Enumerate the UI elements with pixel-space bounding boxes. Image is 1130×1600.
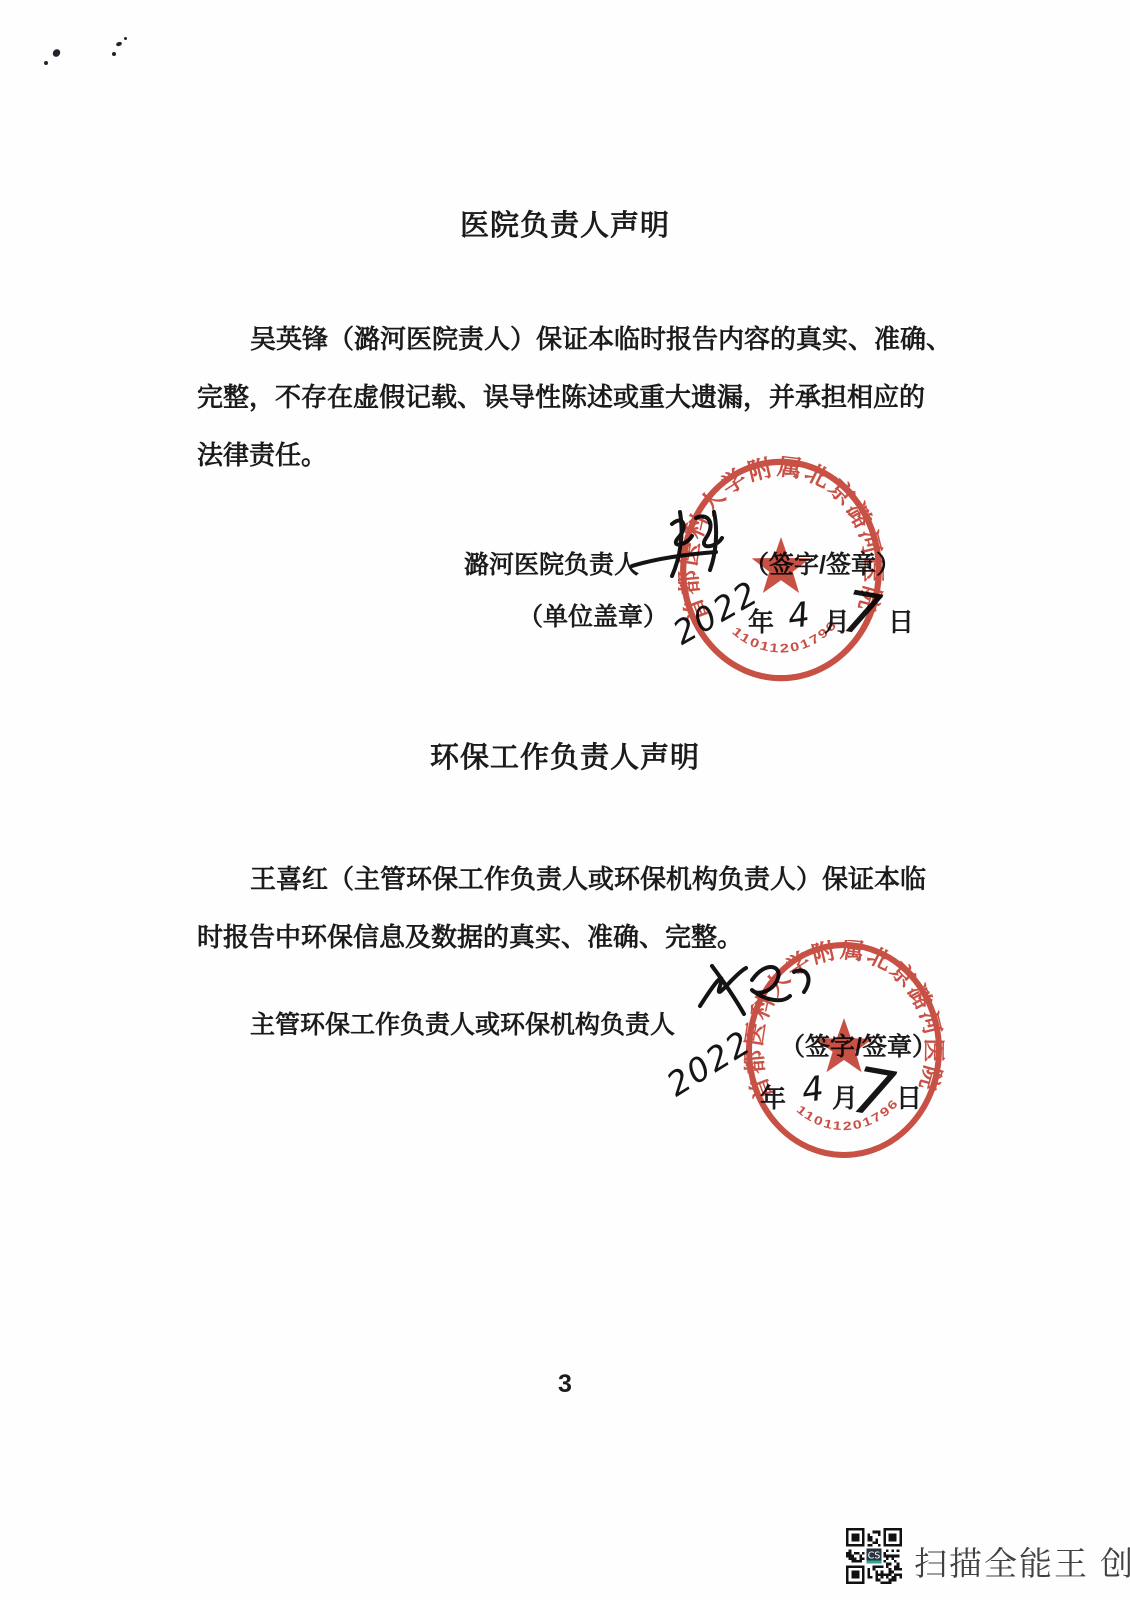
section1-title: 医院负责人声明 [0, 203, 1130, 244]
paragraph-line: 王喜红（主管环保工作负责人或环保机构负责人）保证本临 [250, 864, 926, 895]
ink-speck [44, 61, 48, 65]
paragraph-line: 吴英锋（潞河医院责人）保证本临时报告内容的真实、准确、 [250, 324, 952, 355]
date-unit-day: 日 [888, 602, 914, 639]
signer-label: 主管环保工作负责人或环保机构负责人 [250, 1010, 675, 1040]
handwritten-signature-2 [692, 942, 832, 1042]
scanned-document-page: 医院负责人声明 吴英锋（潞河医院责人）保证本临时报告内容的真实、准确、 完整，不… [0, 0, 1130, 1600]
seal-hint: （单位盖章） [518, 602, 668, 632]
ink-speck [51, 48, 62, 59]
paragraph-line: 时报告中环保信息及数据的真实、准确、完整。 [197, 922, 743, 953]
ink-speck [112, 52, 116, 56]
scanner-watermark: 扫描全能王 创建 [914, 1538, 1130, 1585]
seal-star-icon [752, 537, 811, 593]
page-number: 3 [0, 1370, 1130, 1399]
section2-title: 环保工作负责人声明 [0, 735, 1130, 776]
handwritten-signature-1 [628, 500, 758, 595]
signer-label: 潞河医院负责人 [464, 550, 639, 580]
qr-code-icon: CS [845, 1528, 903, 1584]
ink-speck [124, 37, 127, 40]
svg-text:CS: CS [868, 1550, 881, 1561]
ink-speck [115, 41, 122, 47]
paragraph-line: 完整，不存在虚假记载、误导性陈述或重大遗漏，并承担相应的 [197, 382, 925, 413]
paragraph-line: 法律责任。 [197, 440, 327, 471]
